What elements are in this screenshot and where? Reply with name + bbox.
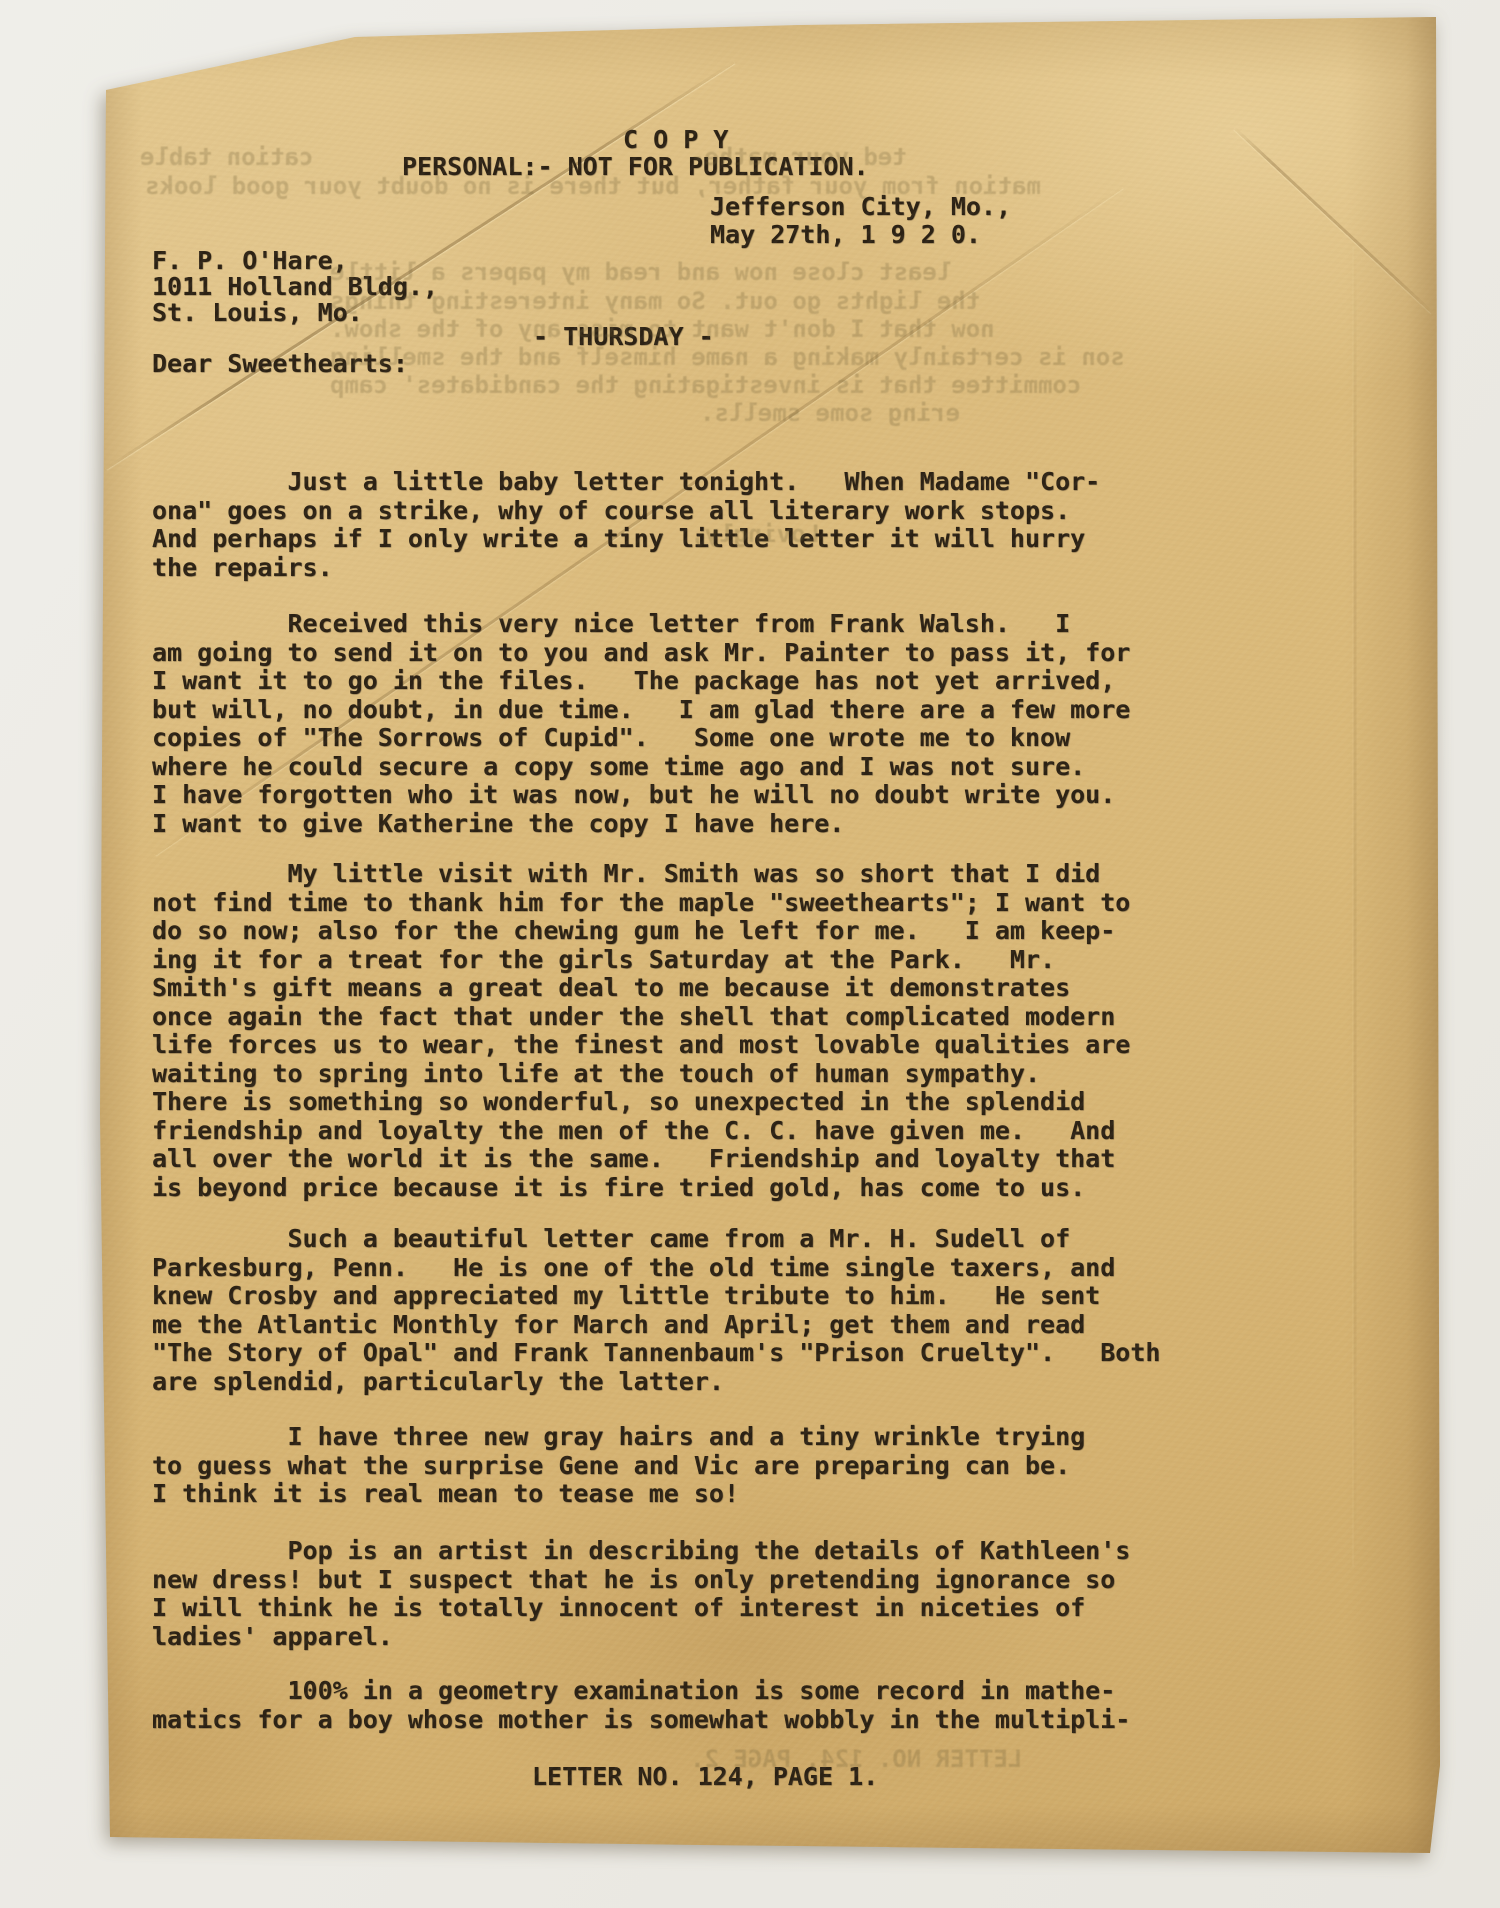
paragraph-1: Just a little baby letter tonight. When … bbox=[152, 468, 1100, 582]
paragraph-3: My little visit with Mr. Smith was so sh… bbox=[152, 860, 1130, 1202]
paragraph-7: 100% in a geometry examination is some r… bbox=[152, 1677, 1130, 1734]
paragraph-6: Pop is an artist in describing the detai… bbox=[152, 1537, 1130, 1651]
letter-page: C O P Y PERSONAL:- NOT FOR PUBLICATION. … bbox=[100, 15, 1440, 1860]
personal-notice: PERSONAL:- NOT FOR PUBLICATION. bbox=[402, 153, 869, 182]
fold-crease bbox=[1234, 127, 1434, 313]
salutation: Dear Sweethearts: bbox=[152, 350, 408, 379]
dateline-date: May 27th, 1 9 2 0. bbox=[710, 221, 981, 250]
bleedthrough-text: cation table bbox=[140, 143, 313, 171]
scan-background: C O P Y PERSONAL:- NOT FOR PUBLICATION. … bbox=[0, 0, 1500, 1908]
recipient-address: F. P. O'Hare, 1011 Holland Bldg., St. Lo… bbox=[152, 248, 438, 326]
copy-heading: C O P Y bbox=[623, 126, 728, 155]
bleedthrough-text: ering some smells. bbox=[700, 399, 960, 427]
day-heading: - THURSDAY - bbox=[533, 323, 714, 352]
bleedthrough-text: committee that is investigating the cand… bbox=[330, 371, 1081, 399]
dateline-city: Jefferson City, Mo., bbox=[710, 193, 1011, 222]
paragraph-5: I have three new gray hairs and a tiny w… bbox=[152, 1423, 1085, 1509]
bleedthrough-text: son is certainly making a name himself a… bbox=[330, 343, 1125, 371]
paragraph-4: Such a beautiful letter came from a Mr. … bbox=[152, 1225, 1160, 1396]
paragraph-2: Received this very nice letter from Fran… bbox=[152, 610, 1130, 838]
fold-crease bbox=[1354, 247, 1357, 1567]
page-footer-label: LETTER NO. 124, PAGE 1. bbox=[532, 1763, 878, 1792]
